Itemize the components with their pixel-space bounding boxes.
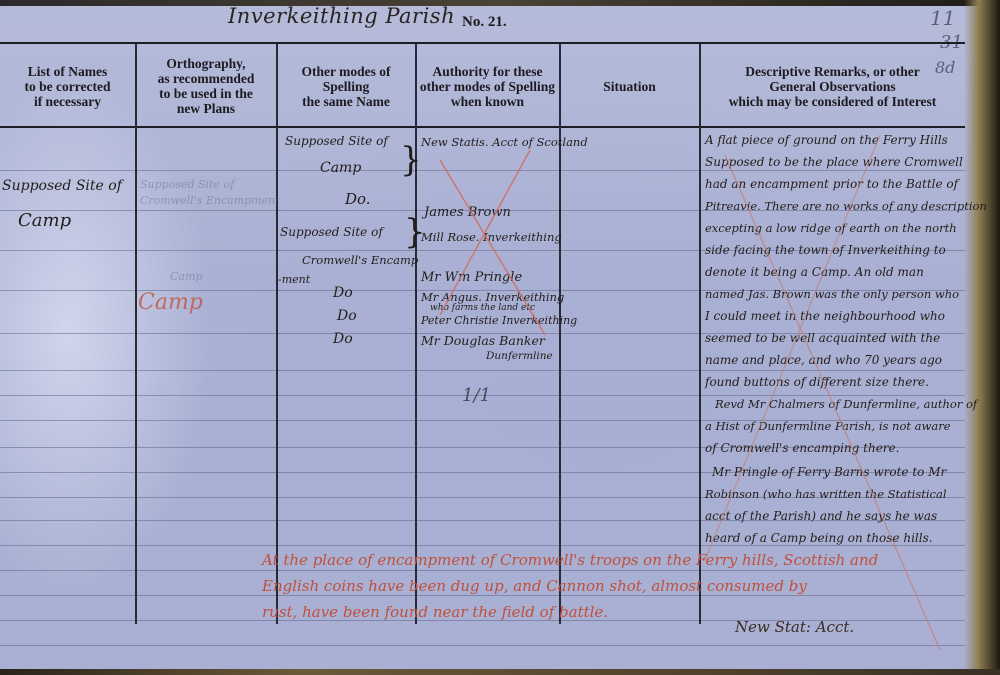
ledger-page: Inverkeithing Parish No. 21. 11 31 8d Li… xyxy=(0,0,1000,675)
red-cross-marks xyxy=(0,0,1000,675)
